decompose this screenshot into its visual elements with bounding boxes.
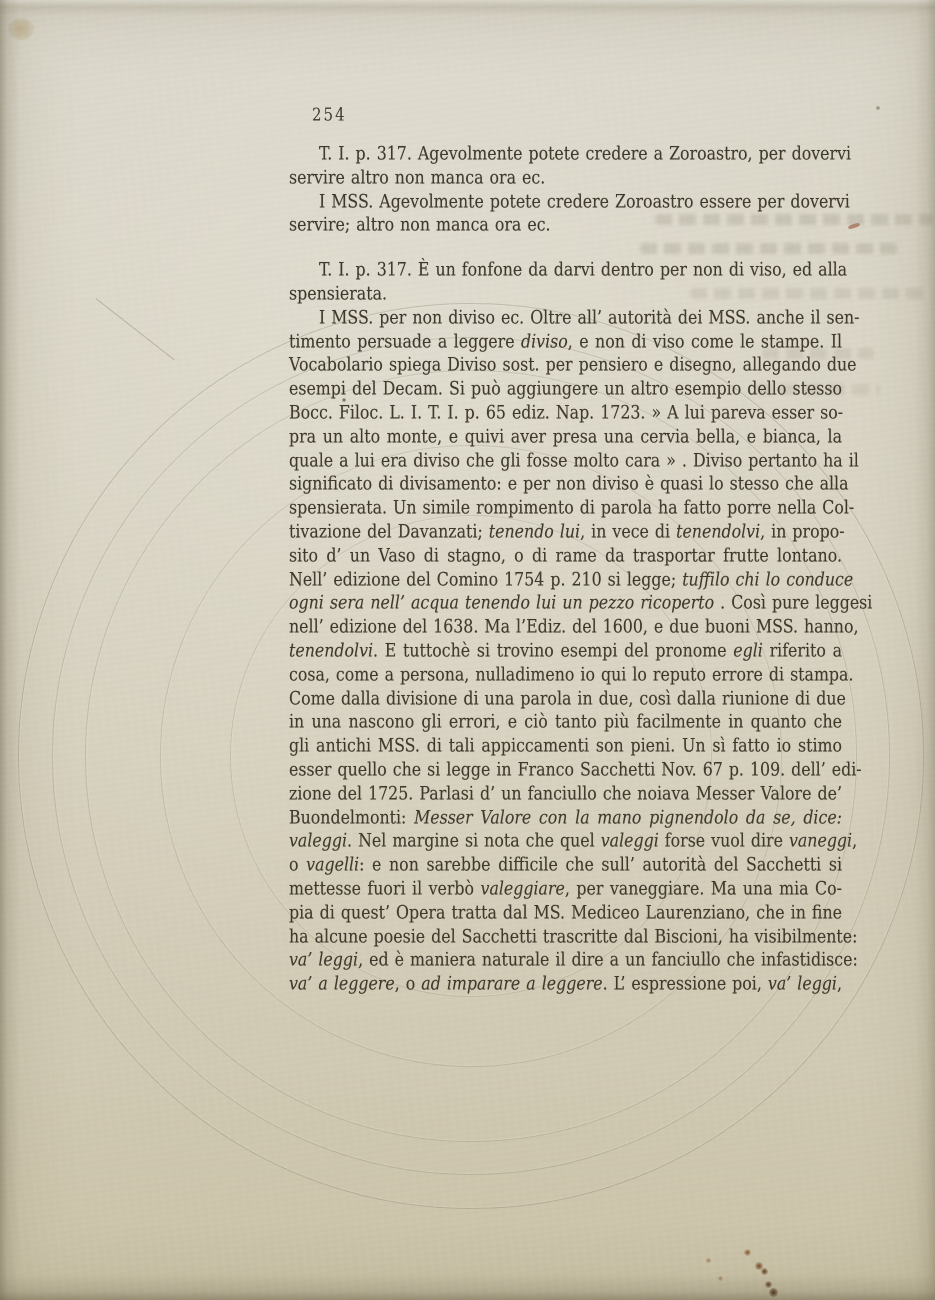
italic-text: va’ leggi bbox=[289, 948, 358, 970]
italic-text: tenendo lui bbox=[489, 520, 580, 542]
italic-text: tenendolvi bbox=[289, 639, 373, 661]
text-line: va’ a leggere, o ad imparare a leggere. … bbox=[289, 970, 842, 998]
roman-text: esempi del Decam. Si può aggiungere un a… bbox=[289, 377, 842, 399]
roman-text: T. I. p. 317. È un fonfone da darvi dent… bbox=[319, 258, 847, 280]
roman-text: o bbox=[289, 853, 306, 875]
roman-text: . Così pure leggesi bbox=[714, 591, 872, 613]
text-block: T. I. p. 317. Agevolmente potete credere… bbox=[289, 142, 842, 996]
roman-text: , in propo- bbox=[760, 520, 844, 542]
roman-text: quale a lui era diviso che gli fosse mol… bbox=[289, 449, 859, 471]
roman-text: , e non di viso come le stampe. Il bbox=[568, 330, 842, 352]
roman-text: Bocc. Filoc. L. I. T. I. p. 65 ediz. Nap… bbox=[289, 401, 843, 423]
italic-text: va’ a leggere bbox=[289, 972, 395, 994]
roman-text: gli antichi MSS. di tali appiccamenti so… bbox=[289, 734, 842, 756]
roman-text: mettesse fuori il verbò bbox=[289, 877, 481, 899]
italic-text: diviso bbox=[521, 330, 568, 352]
roman-text: esser quello che si legge in Franco Sacc… bbox=[289, 758, 862, 780]
roman-text: I MSS. Agevolmente potete credere Zoroas… bbox=[319, 190, 850, 212]
roman-text: nell’ edizione del 1638. Ma l’Ediz. del … bbox=[289, 615, 858, 637]
italic-text: egli bbox=[733, 639, 763, 661]
page-number: 254 bbox=[312, 104, 347, 125]
roman-text: ha alcune poesie del Sacchetti trascritt… bbox=[289, 925, 857, 947]
roman-text: , per vaneggiare. Ma una mia Co- bbox=[565, 877, 842, 899]
roman-text: servire altro non manca ora ec. bbox=[289, 166, 545, 188]
roman-text: . Nel margine si nota che quel bbox=[347, 829, 601, 851]
roman-text: I MSS. per non diviso ec. Oltre all’ aut… bbox=[319, 306, 860, 328]
roman-text: pia di quest’ Opera tratta dal MS. Medic… bbox=[289, 901, 842, 923]
italic-text: va’ leggi bbox=[768, 972, 837, 994]
italic-text: vaneggi bbox=[789, 829, 852, 851]
roman-text: timento persuade a leggere bbox=[289, 330, 521, 352]
italic-text: valeggi bbox=[601, 829, 659, 851]
italic-text: tenendolvi bbox=[676, 520, 760, 542]
roman-text: , ed è maniera naturale il dire a un fan… bbox=[358, 948, 858, 970]
italic-text: valeggi bbox=[289, 829, 347, 851]
roman-text: cosa, come a persona, nulladimeno io qui… bbox=[289, 663, 853, 685]
roman-text: forse vuol dire bbox=[659, 829, 789, 851]
italic-text: valeggiare bbox=[481, 877, 565, 899]
roman-text: zione del 1725. Parlasi d’ un fanciullo … bbox=[289, 782, 842, 804]
italic-text: ad imparare a leggere bbox=[421, 972, 602, 994]
roman-text: Buondelmonti: bbox=[289, 806, 414, 828]
italic-text: tuffilo chi lo conduce bbox=[682, 568, 853, 590]
italic-text: ogni sera nell’ acqua tenendo lui un pez… bbox=[289, 591, 714, 613]
roman-text: T. I. p. 317. Agevolmente potete credere… bbox=[319, 142, 851, 164]
roman-text: sito d’ un Vaso di stagno, o di rame da … bbox=[289, 544, 842, 566]
roman-text: , in vece di bbox=[580, 520, 676, 542]
roman-text: riferito a bbox=[763, 639, 842, 661]
italic-text: Messer Valore con la mano pignendolo da … bbox=[414, 806, 842, 828]
roman-text: pra un alto monte, e quivi aver presa un… bbox=[289, 425, 842, 447]
roman-text: in una nascono gli errori, e ciò tanto p… bbox=[289, 710, 842, 732]
roman-text: : e non sarebbe difficile che sull’ auto… bbox=[359, 853, 842, 875]
roman-text: spensierata. Un simile rompimento di par… bbox=[289, 496, 854, 518]
italic-text: vagelli bbox=[306, 853, 359, 875]
roman-text: Come dalla divisione di una parola in du… bbox=[289, 687, 846, 709]
roman-text: , o bbox=[395, 972, 422, 994]
roman-text: . L’ espressione poi, bbox=[603, 972, 768, 994]
roman-text: spensierata. bbox=[289, 282, 387, 304]
roman-text: Vocabolario spiega Diviso sost. per pens… bbox=[289, 353, 857, 375]
roman-text: , bbox=[837, 972, 842, 994]
roman-text: Nell’ edizione del Comino 1754 p. 210 si… bbox=[289, 568, 682, 590]
roman-text: significato di divisamento: e per non di… bbox=[289, 472, 849, 494]
roman-text: servire; altro non manca ora ec. bbox=[289, 213, 551, 235]
roman-text: , bbox=[852, 829, 857, 851]
roman-text: . E tuttochè si trovino esempi del prono… bbox=[373, 639, 733, 661]
roman-text: tivazione del Davanzati; bbox=[289, 520, 489, 542]
scanned-book-page: 254 T. I. p. 317. Agevolmente potete cre… bbox=[0, 0, 935, 1300]
text-line: servire; altro non manca ora ec. bbox=[289, 211, 842, 239]
